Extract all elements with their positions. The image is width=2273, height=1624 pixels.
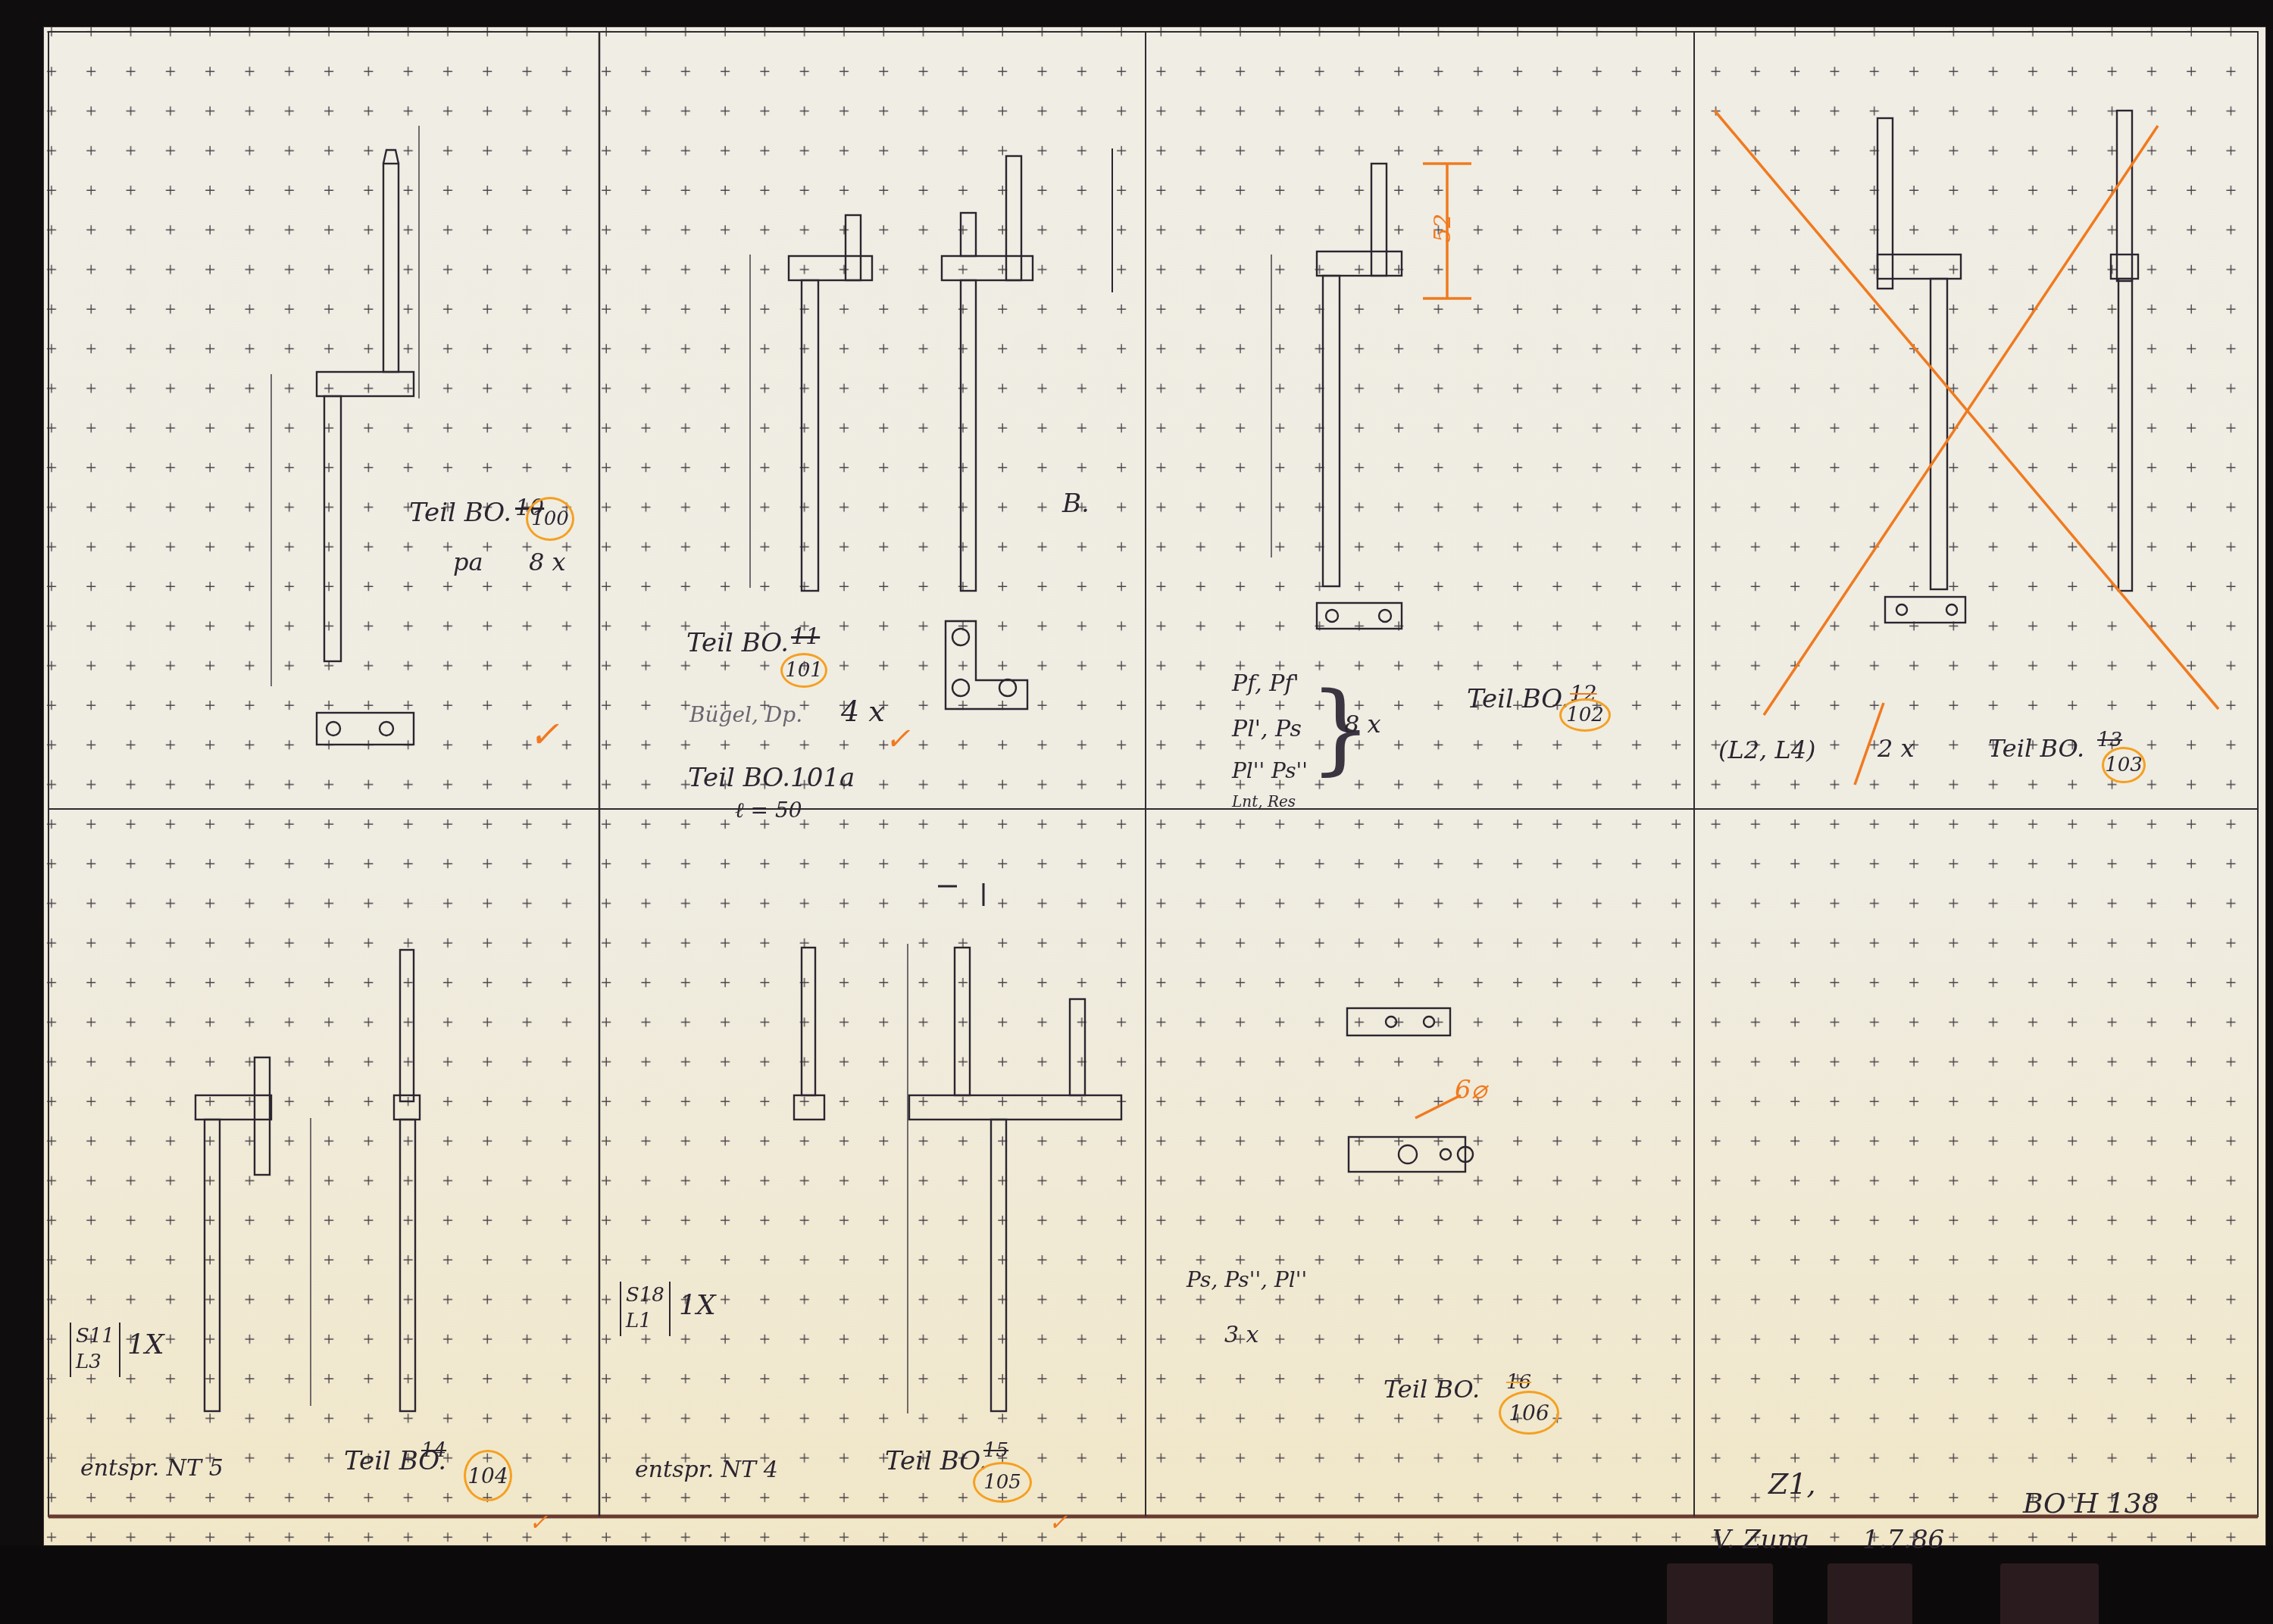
quantity: 1X (127, 1332, 164, 1359)
part-old-number: 15 (983, 1441, 1008, 1460)
part-number-circled: 101 (780, 653, 827, 688)
part-label: Teil BO. (885, 1448, 987, 1474)
part-label: Teil BO. (686, 630, 789, 656)
drawing-id: BO H 138 (2023, 1491, 2159, 1518)
sheet-number: Z1, (1768, 1469, 1816, 1498)
part-old-number: 14 (421, 1441, 446, 1460)
check-mark-icon: ✓ (529, 717, 559, 753)
signature: V. Zuna (1712, 1527, 1809, 1553)
part-label: Teil BO. (409, 500, 511, 526)
quantity: 3 x (1224, 1324, 1259, 1347)
group-label: S18 (626, 1284, 664, 1307)
check-mark-icon: ✓ (1049, 1512, 1068, 1535)
group-label: (L2, L4) (1718, 738, 1816, 762)
group-bracket: S18 L1 (620, 1282, 671, 1336)
group-label: Lnt, Res (1232, 794, 1296, 809)
part-note: entspr. NT 5 (80, 1457, 224, 1480)
binder-tab (1827, 1563, 1912, 1624)
quantity: 2 x (1877, 736, 1915, 760)
part-number-circled: 103 (2102, 747, 2146, 783)
group-label: L3 (76, 1351, 102, 1373)
view-marker: B. (1062, 491, 1090, 517)
part-number-circled: 104 (464, 1450, 512, 1501)
technical-drawing (44, 27, 2265, 1545)
part-label: Teil BO. (1988, 736, 2084, 760)
sub-part-label: Teil BO.101a (688, 765, 855, 791)
part-number-circled: 105 (973, 1462, 1032, 1503)
quantity: 8 x (529, 550, 566, 574)
orange-dimension: 6⌀ (1455, 1077, 1487, 1103)
quantity: 8 x (1344, 712, 1381, 736)
check-mark-icon: ✓ (529, 1512, 548, 1535)
orange-dimension: 52 (1432, 214, 1455, 242)
group-label: Pl'' Ps'' (1232, 760, 1308, 782)
group-label: L1 (626, 1310, 652, 1332)
group-bracket: S11 L3 (70, 1323, 120, 1377)
check-mark-icon: ✓ (885, 724, 911, 754)
drawing-sheet: Teil BO. 10 100 pa 8 x ✓ Teil BO. 11 101… (44, 27, 2265, 1545)
part-number-circled: 106 (1499, 1391, 1559, 1435)
qty-prefix: pa (453, 550, 483, 574)
length-note: ℓ = 50 (735, 800, 802, 821)
binder-tab (1667, 1563, 1773, 1624)
part-label: Teil BO. (1467, 686, 1569, 712)
part-old-number: 11 (791, 626, 820, 648)
part-note: entspr. NT 4 (635, 1459, 778, 1482)
group-label: Pl', Ps (1232, 718, 1302, 741)
part-number-circled: 100 (526, 497, 574, 541)
binder-tab (2000, 1563, 2099, 1624)
group-label: Pf, Pf' (1232, 673, 1299, 695)
group-label: Ps, Ps'', Pl'' (1187, 1270, 1307, 1291)
part-number-circled: 102 (1559, 698, 1611, 732)
quantity: 1X (679, 1292, 716, 1319)
date: 1.7.86 (1862, 1527, 1944, 1553)
group-label: S11 (76, 1325, 114, 1348)
part-old-number: 16 (1506, 1373, 1531, 1392)
quantity: 4 x (841, 697, 885, 726)
scanner-background (0, 1545, 2273, 1624)
part-label: Teil BO. (1383, 1377, 1480, 1401)
part-note: Bügel, Dp. (689, 704, 802, 726)
